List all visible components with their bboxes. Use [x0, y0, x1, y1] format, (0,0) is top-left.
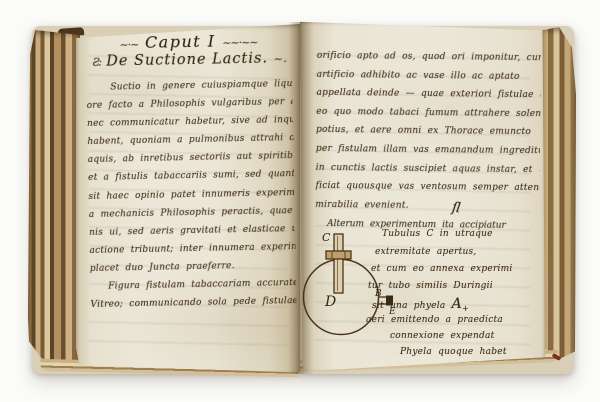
manuscript-line: per fistulam illam vas emanandum ingredi… — [316, 140, 540, 161]
right-page-text: orificio apto ad os, quod ori imponitur,… — [315, 47, 541, 232]
manuscript-line: ficiat quousque vas ventosum semper atte… — [315, 177, 539, 198]
diagram-side-line: Phyela quoque habet — [400, 347, 507, 357]
label-C: C — [322, 231, 331, 244]
tube-collar — [326, 251, 351, 259]
diagram-side-line: Tubulus C in utraque — [382, 229, 493, 239]
left-page-text: ~·~ Caput I ~~·~~ Ƨ: De Suctione Lactis.… — [85, 30, 296, 314]
section-heading: De Suctione Lactis. — [106, 51, 268, 70]
manuscript-line: artificio adhibito ac vase illo ac aptat… — [317, 65, 541, 86]
chapter-heading-row: ~·~ Caput I ~~·~~ — [85, 30, 291, 53]
spine-folds-edge — [28, 30, 80, 372]
heading-flourish-right: ~~·~~ — [222, 36, 258, 50]
heading-flourish-left: ~·~ — [119, 38, 138, 51]
manuscript-line: eo quo modo tabaci fumum attrahere solen… — [316, 103, 540, 124]
manuscript-line: potius, et aere omni ex Thorace emuncto — [316, 121, 540, 142]
diagram-side-line: extremitate apertus, — [375, 247, 477, 257]
fore-edge-page-stack — [542, 27, 576, 365]
manuscript-photo: { "colors":{ "background":"#fbfbf9", "pa… — [0, 0, 600, 402]
left-page-body: Suctio in genere cuiuspiamque liquoris o… — [86, 75, 296, 314]
diagram-side-line: connexione expendat — [390, 331, 495, 341]
manuscript-line: orificio apto ad os, quod ori imponitur,… — [317, 47, 541, 68]
tube — [334, 234, 343, 293]
manuscript-line: appellata deinde — quae exteriori fistul… — [316, 84, 540, 105]
section-heading-row: Ƨ: De Suctione Lactis. ~ . — [86, 50, 292, 70]
section-flourish: ~ . — [274, 52, 286, 65]
manuscript-line: mirabilia evenient. — [315, 196, 539, 217]
phyela-cross-mark: + — [462, 304, 469, 313]
phyela-text: sit una phyela — [372, 301, 446, 311]
diagram-side-line-phyela: sit una phyela A+ — [372, 296, 469, 313]
manuscript-line: in cunctis lactis suscipiet aquas instar… — [316, 158, 540, 179]
label-D: D — [324, 294, 336, 310]
chapter-heading: Caput I — [145, 32, 216, 52]
diagram-side-line: et cum eo annexa experimi — [371, 264, 513, 274]
diagram-side-line: tur tubo similis Duringii — [368, 281, 493, 291]
phyela-letter-A: A — [452, 296, 462, 312]
diagram-side-line: aeri emittendo a praedicta — [366, 315, 503, 325]
section-ornament: Ƨ: — [92, 56, 100, 69]
